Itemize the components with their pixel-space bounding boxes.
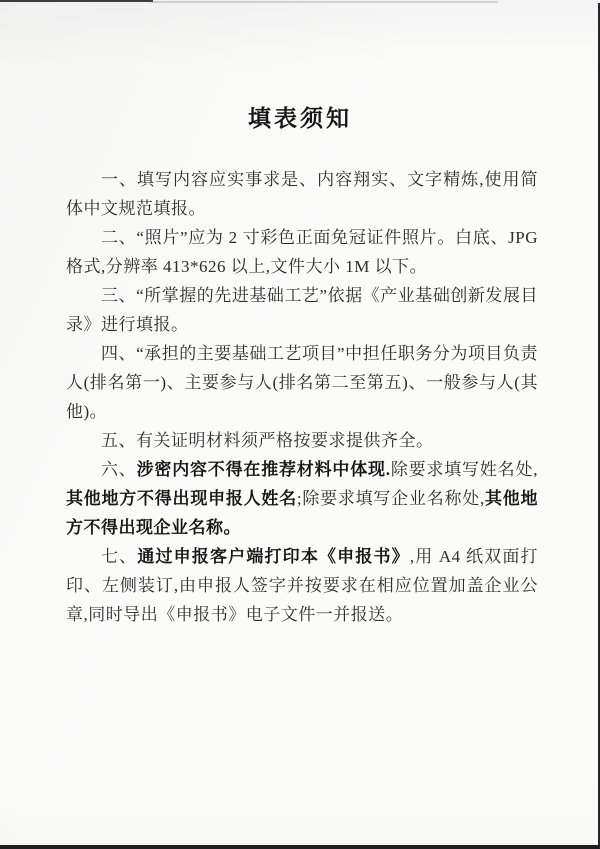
paragraph-2: 二、“照片”应为 2 寸彩色正面免冠证件照片。白底、JPG格式,分辨率 413*… (66, 223, 538, 281)
text-segment: 三、“所掌握的先进基础工艺”依据《产业基础创新发展目录》进行填报。 (66, 286, 538, 334)
paragraph-5: 五、有关证明材料须严格按要求提供齐全。 (66, 426, 538, 455)
document-page: 填表须知 一、填写内容应实事求是、内容翔实、文字精炼,使用简体中文规范填报。二、… (0, 0, 600, 849)
text-segment: 二、“照片”应为 2 寸彩色正面免冠证件照片。白底、JPG格式,分辨率 413*… (66, 228, 538, 276)
bold-text-segment: 通过申报客户端打印本《申报书》 (137, 547, 409, 566)
text-segment: 一、填写内容应实事求是、内容翔实、文字精炼,使用简体中文规范填报。 (66, 170, 538, 218)
text-segment: 除要求填写姓名处, (391, 460, 538, 479)
paragraph-3: 三、“所掌握的先进基础工艺”依据《产业基础创新发展目录》进行填报。 (66, 281, 538, 339)
text-segment: 六、 (101, 460, 137, 479)
scan-artifact-top-left-line (0, 0, 153, 2)
paragraph-1: 一、填写内容应实事求是、内容翔实、文字精炼,使用简体中文规范填报。 (66, 165, 538, 223)
text-segment: 四、“承担的主要基础工艺项目”中担任职务分为项目负责人(排名第一)、主要参与人(… (66, 344, 538, 421)
scan-artifact-bottom-border (0, 845, 600, 849)
document-body: 一、填写内容应实事求是、内容翔实、文字精炼,使用简体中文规范填报。二、“照片”应… (66, 165, 538, 629)
bold-text-segment: 其他地方不得出现申报人姓名 (66, 489, 297, 508)
bold-text-segment: 涉密内容不得在推荐材料中体现. (137, 460, 391, 479)
scan-artifact-top-faint-line (150, 1, 498, 3)
paragraph-6: 六、涉密内容不得在推荐材料中体现.除要求填写姓名处,其他地方不得出现申报人姓名;… (66, 455, 538, 542)
paragraph-7: 七、通过申报客户端打印本《申报书》,用 A4 纸双面打印、左侧装订,由申报人签字… (66, 542, 538, 629)
text-segment: 五、有关证明材料须严格按要求提供齐全。 (101, 431, 434, 450)
text-segment: ;除要求填写企业名称处, (297, 489, 485, 508)
document-title: 填表须知 (0, 100, 600, 133)
paragraph-4: 四、“承担的主要基础工艺项目”中担任职务分为项目负责人(排名第一)、主要参与人(… (66, 339, 538, 426)
text-segment: 七、 (101, 547, 137, 566)
